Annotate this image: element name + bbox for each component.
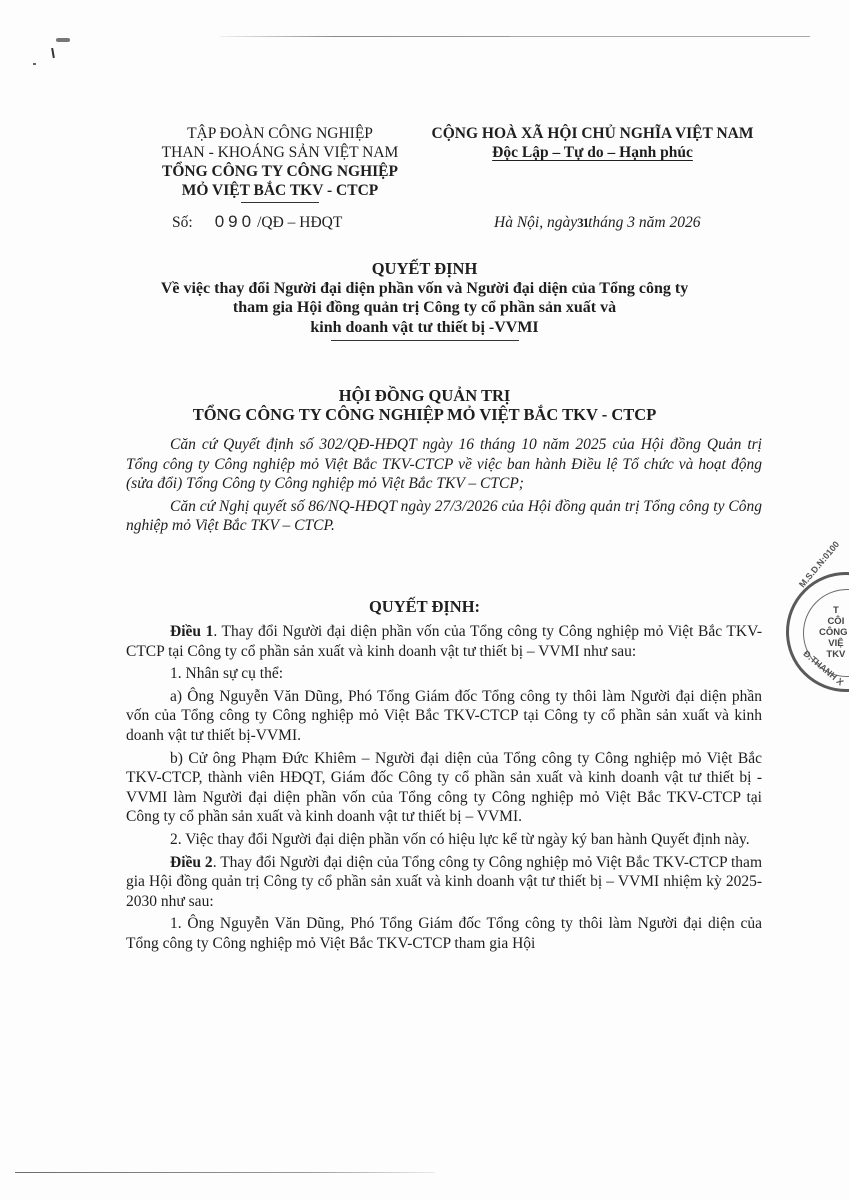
date-rest: tháng 3 năm 2026 bbox=[588, 214, 700, 231]
legal-bases: Căn cứ Quyết định số 302/QĐ-HĐQT ngày 16… bbox=[126, 435, 762, 539]
date-day: 31 bbox=[577, 215, 588, 230]
scan-artifact bbox=[33, 63, 36, 65]
company-seal: M.S.D.N:0100 Đ.THANH X T CÔI CÔNG I VIỆ … bbox=[786, 572, 849, 692]
seal-line: CÔNG I bbox=[819, 627, 849, 638]
country-name: CỘNG HOÀ XÃ HỘI CHỦ NGHĨA VIỆT NAM bbox=[415, 124, 770, 143]
article-2: Điều 2. Thay đổi Người đại diện của Tổng… bbox=[126, 853, 762, 912]
date-line: Hà Nội, ngày31tháng 3 năm 2026 bbox=[494, 214, 700, 232]
doc-number-prefix: Số: bbox=[172, 214, 193, 231]
article-1-clause-2: 2. Việc thay đổi Người đại diện phần vốn… bbox=[126, 830, 762, 850]
article-1-text: . Thay đổi Người đại diện phần vốn của T… bbox=[126, 623, 762, 660]
title-divider bbox=[331, 340, 519, 341]
divider bbox=[241, 202, 319, 203]
title-subject-2: tham gia Hội đồng quản trị Công ty cổ ph… bbox=[0, 298, 849, 318]
article-2-label: Điều 2 bbox=[170, 854, 213, 871]
article-1-point-b: b) Cử ông Phạm Đức Khiêm – Người đại diệ… bbox=[126, 749, 762, 827]
scan-artifact bbox=[51, 48, 55, 58]
title-subject-1: Về việc thay đổi Người đại diện phần vốn… bbox=[0, 279, 849, 299]
board-name: HỘI ĐỒNG QUẢN TRỊ bbox=[0, 386, 849, 405]
document-title: QUYẾT ĐỊNH Về việc thay đổi Người đại di… bbox=[0, 259, 849, 341]
seal-line: TKV bbox=[819, 649, 849, 660]
seal-line: CÔI bbox=[819, 616, 849, 627]
article-2-text: . Thay đổi Người đại diện của Tổng công … bbox=[126, 854, 762, 910]
article-2-clause-1: 1. Ông Nguyễn Văn Dũng, Phó Tổng Giám đố… bbox=[126, 914, 762, 953]
scan-artifact bbox=[56, 38, 70, 42]
legal-basis: Căn cứ Quyết định số 302/QĐ-HĐQT ngày 16… bbox=[126, 435, 762, 494]
scan-edge-line bbox=[220, 36, 510, 37]
seal-line: VIỆ bbox=[819, 638, 849, 649]
parent-org-line2: THAN - KHOÁNG SẢN VIỆT NAM bbox=[130, 143, 430, 162]
doc-number-value: 090 bbox=[215, 212, 255, 231]
issuer-block: TẬP ĐOÀN CÔNG NGHIỆP THAN - KHOÁNG SẢN V… bbox=[130, 124, 430, 203]
doc-number-suffix: /QĐ – HĐQT bbox=[257, 214, 342, 231]
article-1-label: Điều 1 bbox=[170, 623, 213, 640]
title-main: QUYẾT ĐỊNH bbox=[0, 259, 849, 279]
decision-heading: QUYẾT ĐỊNH: bbox=[0, 597, 849, 617]
parent-org: TẬP ĐOÀN CÔNG NGHIỆP bbox=[130, 124, 430, 143]
scan-edge-line bbox=[15, 1172, 435, 1173]
issuing-authority: HỘI ĐỒNG QUẢN TRỊ TỔNG CÔNG TY CÔNG NGHI… bbox=[0, 386, 849, 424]
title-subject-3: kinh doanh vật tư thiết bị -VVMI bbox=[0, 318, 849, 338]
board-company: TỔNG CÔNG TY CÔNG NGHIỆP MỎ VIỆT BẮC TKV… bbox=[0, 405, 849, 424]
seal-line: T bbox=[819, 605, 849, 616]
national-heading: CỘNG HOÀ XÃ HỘI CHỦ NGHĨA VIỆT NAM Độc L… bbox=[415, 124, 770, 162]
legal-basis: Căn cứ Nghị quyết số 86/NQ-HĐQT ngày 27/… bbox=[126, 497, 762, 536]
article-1-point-a: a) Ông Nguyễn Văn Dũng, Phó Tổng Giám đố… bbox=[126, 687, 762, 746]
seal-ring-text-top: M.S.D.N:0100 bbox=[797, 539, 841, 589]
document-number: Số:090/QĐ – HĐQT bbox=[172, 212, 342, 232]
scan-edge-line bbox=[510, 36, 810, 37]
issuer-name-line2: MỎ VIỆT BẮC TKV - CTCP bbox=[130, 181, 430, 200]
article-1-clause-1: 1. Nhân sự cụ thể: bbox=[126, 664, 762, 684]
seal-center-text: T CÔI CÔNG I VIỆ TKV bbox=[819, 605, 849, 660]
national-motto: Độc Lập – Tự do – Hạnh phúc bbox=[492, 144, 693, 161]
article-1: Điều 1. Thay đổi Người đại diện phần vốn… bbox=[126, 622, 762, 661]
date-prefix: Hà Nội, ngày bbox=[494, 214, 577, 231]
articles: Điều 1. Thay đổi Người đại diện phần vốn… bbox=[126, 622, 762, 957]
issuer-name: TỔNG CÔNG TY CÔNG NGHIỆP bbox=[130, 162, 430, 181]
